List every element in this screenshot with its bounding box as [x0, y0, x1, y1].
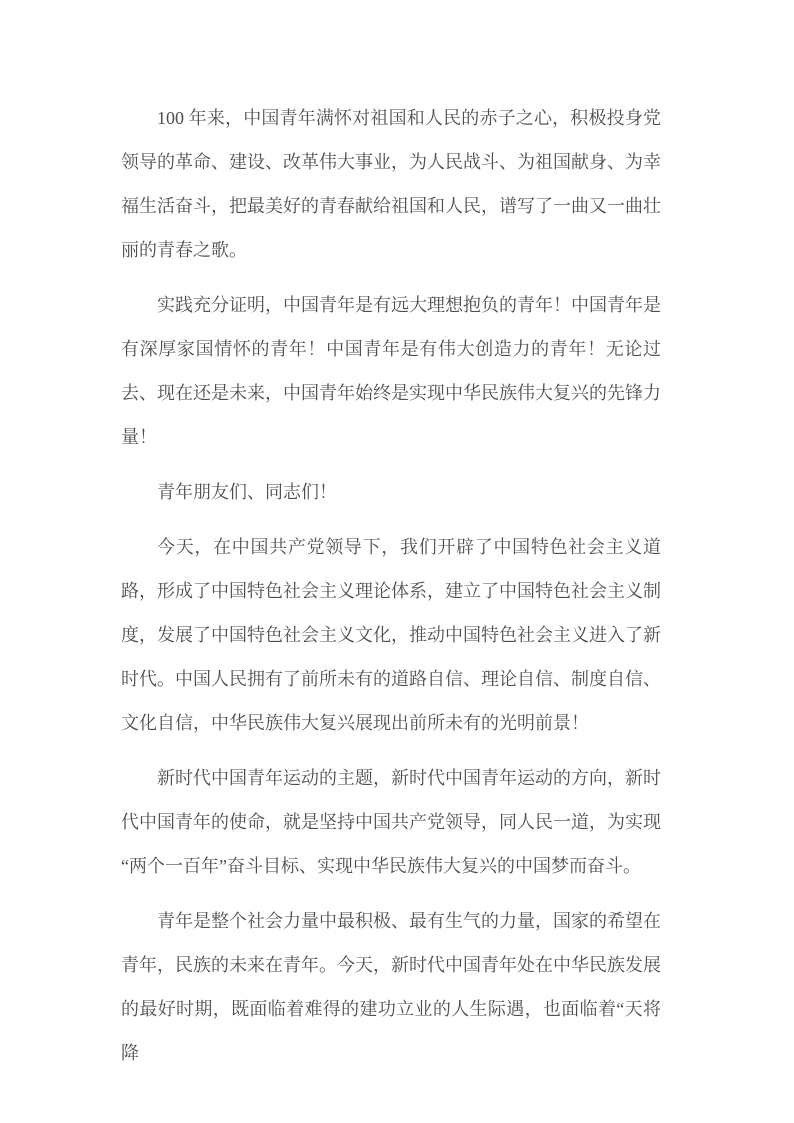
paragraph-socialism-path: 今天，在中国共产党领导下，我们开辟了中国特色社会主义道路，形成了中国特色社会主义…: [121, 525, 661, 745]
paragraph-new-era-mission: 新时代中国青年运动的主题，新时代中国青年运动的方向，新时代中国青年的使命，就是坚…: [121, 756, 661, 888]
document-body-text: 100 年来，中国青年满怀对祖国和人民的赤子之心，积极投身党领导的革命、建设、改…: [121, 96, 661, 1075]
paragraph-youth-devotion: 100 年来，中国青年满怀对祖国和人民的赤子之心，积极投身党领导的革命、建设、改…: [121, 96, 661, 272]
paragraph-youth-hope-truncated: 青年是整个社会力量中最积极、最有生气的力量，国家的希望在青年，民族的未来在青年。…: [121, 899, 661, 1075]
document-page: 100 年来，中国青年满怀对祖国和人民的赤子之心，积极投身党领导的革命、建设、改…: [0, 0, 794, 1123]
paragraph-practice-proves: 实践充分证明，中国青年是有远大理想抱负的青年！中国青年是有深厚家国情怀的青年！中…: [121, 283, 661, 459]
paragraph-salutation: 青年朋友们、同志们！: [121, 470, 661, 514]
